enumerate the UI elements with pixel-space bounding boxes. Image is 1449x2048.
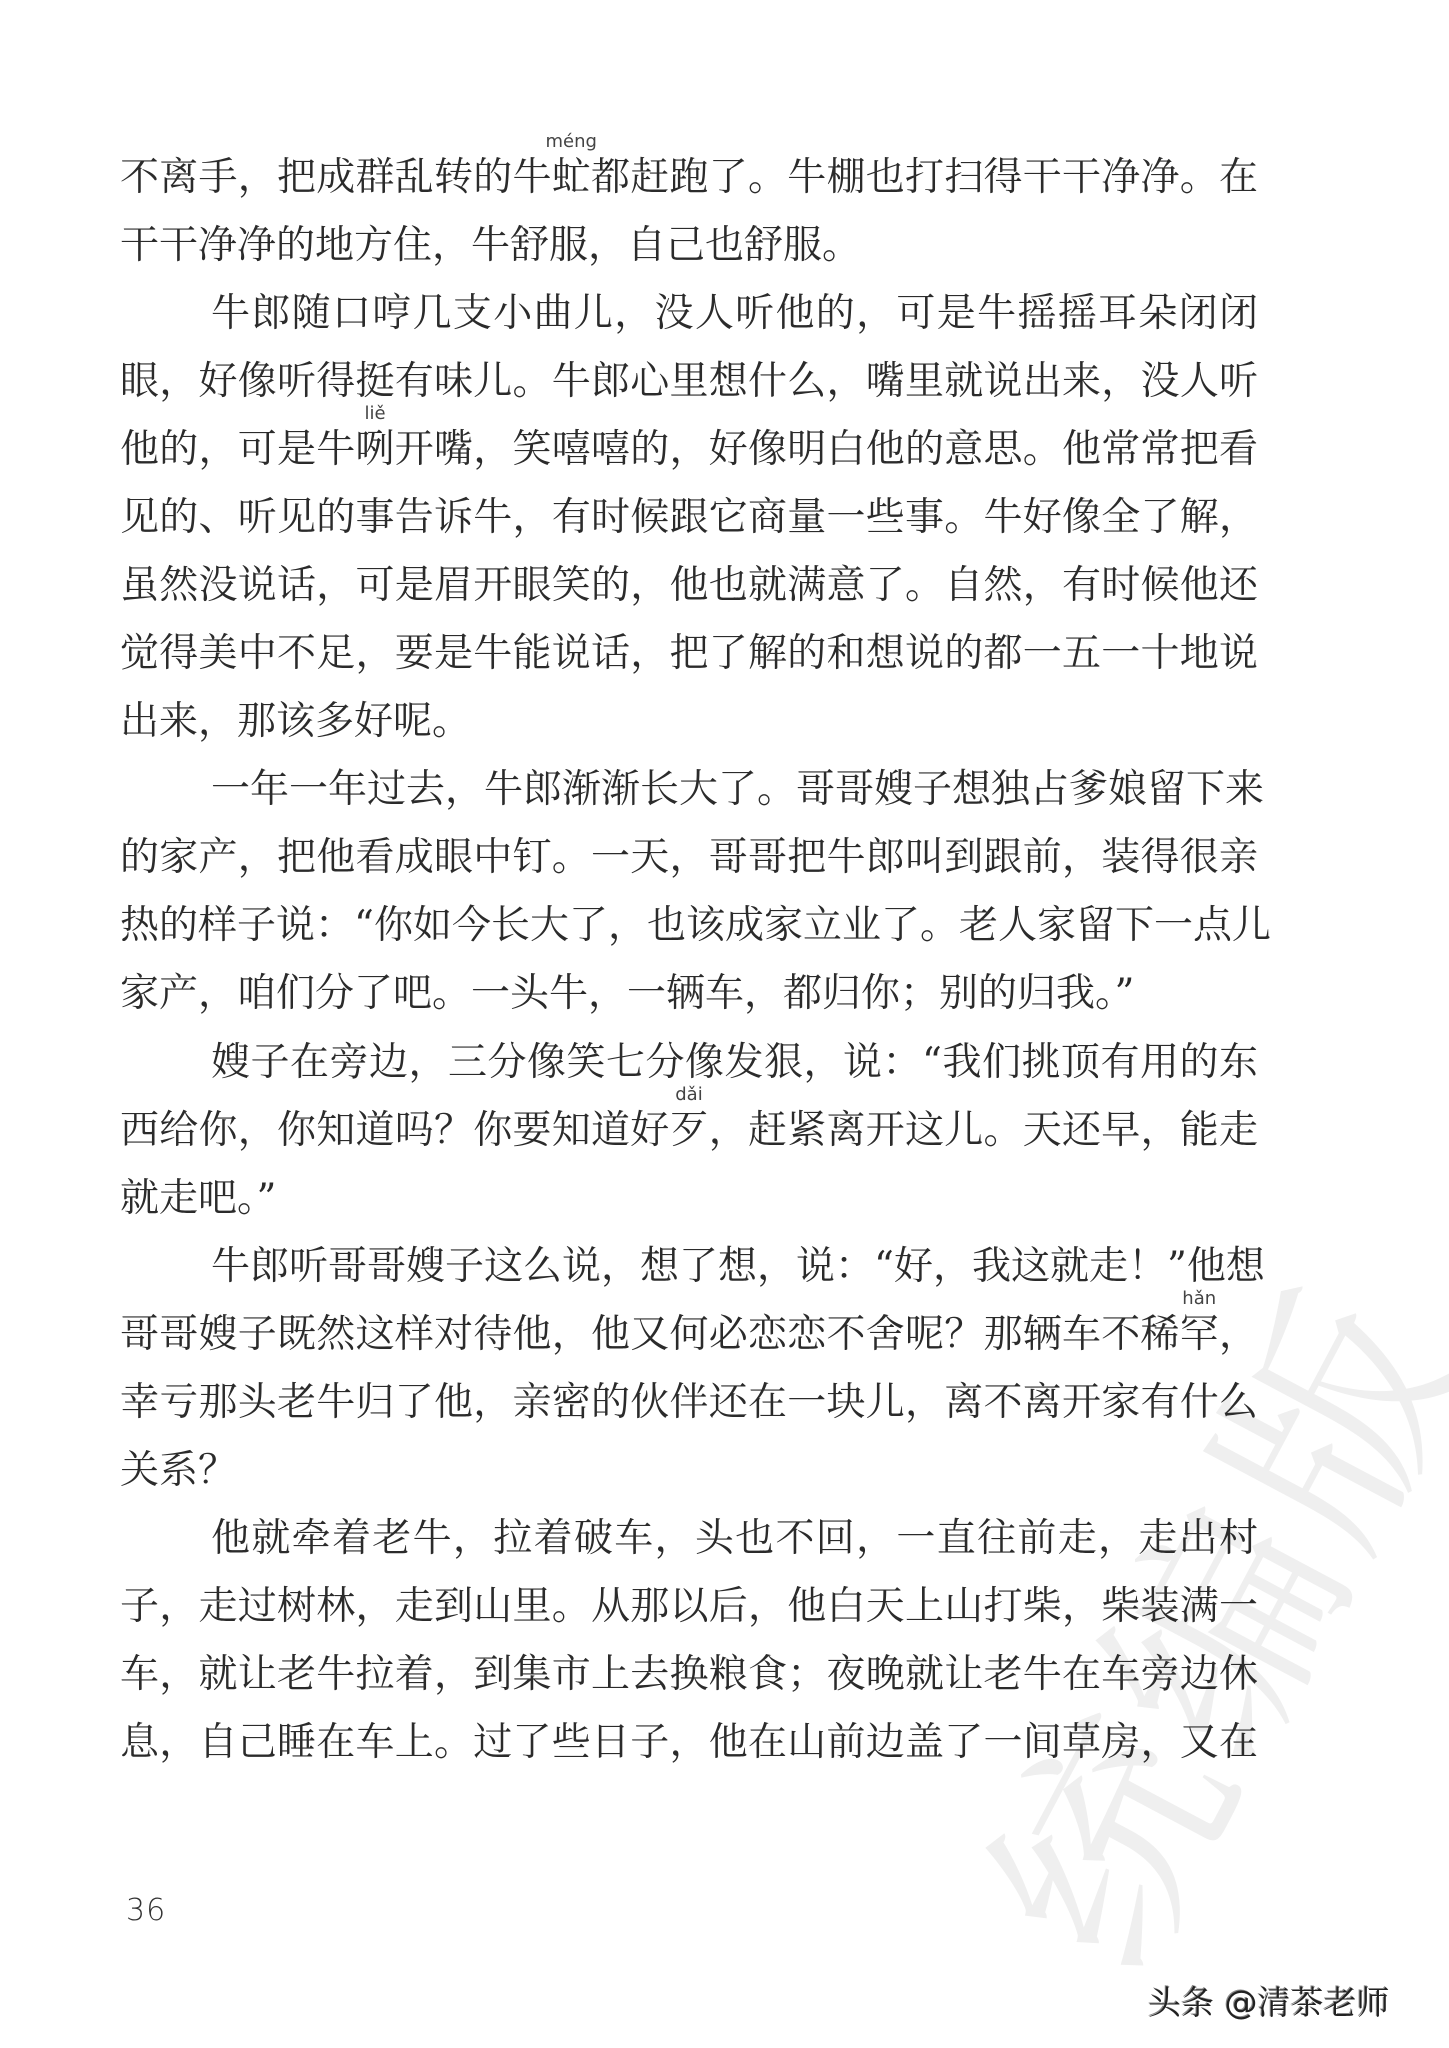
- text-line: 的家产，把他看成眼中钉。一天，哥哥把牛郎叫到跟前，装得很亲: [120, 836, 1258, 880]
- text-line: 息，自己睡在车上。过了些日子，他在山前边盖了一间草房，又在: [120, 1721, 1258, 1765]
- pinyin-label: dǎi: [675, 1085, 702, 1105]
- paragraph-start-line: 一年一年过去，牛郎渐渐长大了。哥哥嫂子想独占爹娘留下来: [120, 768, 1258, 812]
- text-line: 西给你，你知道吗？你要知道好dǎi歹，赶紧离开这儿。天还早，能走: [120, 1109, 1258, 1153]
- text-line: 他的，可是牛liě咧开嘴，笑嘻嘻的，好像明白他的意思。他常常把看: [120, 428, 1258, 472]
- paragraph-start-line: 牛郎听哥哥嫂子这么说，想了想，说：“好，我这就走！”他想: [120, 1245, 1258, 1289]
- text-line: 哥哥嫂子既然这样对待他，他又何必恋恋不舍呢？那辆车不稀hǎn罕，: [120, 1313, 1258, 1357]
- pinyin-annotated-char: liě咧: [356, 428, 395, 472]
- text-line: 车，就让老牛拉着，到集市上去换粮食；夜晚就让老牛在车旁边休: [120, 1653, 1258, 1697]
- paragraph-start-line: 他就牵着老牛，拉着破车，头也不回，一直往前走，走出村: [120, 1517, 1258, 1561]
- text-line: 就走吧。”: [120, 1177, 1258, 1221]
- book-page: 统编版 不离手，把成群乱转的牛méng虻都赶跑了。牛棚也打扫得干干净净。在 干干…: [0, 0, 1449, 2048]
- text-line: 关系？: [120, 1449, 1258, 1493]
- text-line: 子，走过树林，走到山里。从那以后，他白天上山打柴，柴装满一: [120, 1585, 1258, 1629]
- pinyin-annotated-char: méng虻: [552, 156, 591, 200]
- text-line: 热的样子说：“你如今长大了，也该成家立业了。老人家留下一点儿: [120, 904, 1258, 948]
- text-line: 干干净净的地方住，牛舒服，自己也舒服。: [120, 224, 1258, 268]
- text-line: 幸亏那头老牛归了他，亲密的伙伴还在一块儿，离不离开家有什么: [120, 1381, 1258, 1425]
- paragraph-start-line: 牛郎随口哼几支小曲儿，没人听他的，可是牛摇摇耳朵闭闭: [120, 292, 1258, 336]
- pinyin-label: hǎn: [1182, 1289, 1216, 1309]
- text-line: 出来，那该多好呢。: [120, 700, 1258, 744]
- pinyin-label: liě: [364, 404, 385, 424]
- pinyin-annotated-char: dǎi歹: [669, 1109, 708, 1153]
- text-line: 眼，好像听得挺有味儿。牛郎心里想什么，嘴里就说出来，没人听: [120, 360, 1258, 404]
- paragraph-start-line: 嫂子在旁边，三分像笑七分像发狠，说：“我们挑顶有用的东: [120, 1041, 1258, 1085]
- text-line: 见的、听见的事告诉牛，有时候跟它商量一些事。牛好像全了解，: [120, 496, 1258, 540]
- page-number: 36: [126, 1893, 166, 1928]
- text-line: 家产，咱们分了吧。一头牛，一辆车，都归你；别的归我。”: [120, 972, 1258, 1016]
- text-line: 虽然没说话，可是眉开眼笑的，他也就满意了。自然，有时候他还: [120, 564, 1258, 608]
- pinyin-annotated-char: hǎn罕: [1180, 1313, 1219, 1357]
- source-credit-watermark: 头条 @清茶老师: [1148, 1977, 1390, 2024]
- pinyin-label: méng: [546, 132, 597, 152]
- text-line: 觉得美中不足，要是牛能说话，把了解的和想说的都一五一十地说: [120, 632, 1258, 676]
- text-line: 不离手，把成群乱转的牛méng虻都赶跑了。牛棚也打扫得干干净净。在: [120, 156, 1258, 200]
